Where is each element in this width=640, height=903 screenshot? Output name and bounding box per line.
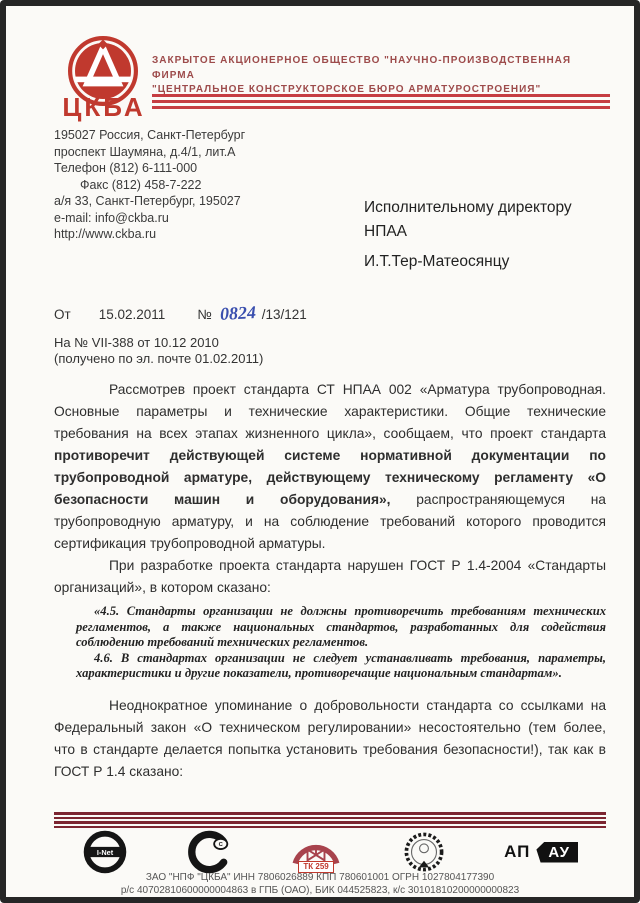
company-name-line1: ЗАКРЫТОЕ АКЦИОНЕРНОЕ ОБЩЕСТВО "НАУЧНО-ПР…: [152, 54, 610, 83]
gost-quote-block: «4.5. Стандарты организации не должны пр…: [76, 604, 606, 682]
letter-body: Рассмотрев проект стандарта СТ НПАА 002 …: [54, 379, 606, 783]
recipient-block: Исполнительному директору НПАА И.Т.Тер-М…: [364, 196, 572, 274]
recipient-person: И.Т.Тер-Матеосянцу: [364, 250, 572, 274]
recipient-org: НПАА: [364, 220, 572, 244]
letter-page: ЦКБА ЗАКРЫТОЕ АКЦИОНЕРНОЕ ОБЩЕСТВО "НАУЧ…: [6, 6, 634, 897]
in-reply-line: На № VII-388 от 10.12 2010: [54, 335, 219, 351]
quote-clause-45: «4.5. Стандарты организации не должны пр…: [76, 604, 606, 651]
round-certification-emblem-icon: [402, 830, 446, 874]
received-note: (получено по эл. почте 01.02.2011): [54, 351, 263, 366]
company-name: ЗАКРЫТОЕ АКЦИОНЕРНОЕ ОБЩЕСТВО "НАУЧНО-ПР…: [152, 54, 610, 98]
paragraph-2: При разработке проекта стандарта нарушен…: [54, 555, 606, 599]
address-line2: проспект Шаумяна, д.4/1, лит.А: [54, 144, 245, 161]
paragraph-1: Рассмотрев проект стандарта СТ НПАА 002 …: [54, 379, 606, 555]
svg-text:I-Net: I-Net: [97, 848, 114, 857]
number-sign: №: [197, 307, 211, 322]
footer-rule-lines: [54, 812, 606, 830]
pobox-line: а/я 33, Санкт-Петербург, 195027: [54, 193, 241, 210]
certification-logos-row: I-Net С ТК 259: [54, 830, 606, 874]
ap-label: АП: [504, 842, 530, 862]
paragraph-1-text: Рассмотрев проект стандарта СТ НПАА 002 …: [54, 382, 606, 441]
i-net-mark-icon: I-Net: [82, 830, 128, 874]
handwritten-number: 0824: [219, 302, 256, 325]
from-date: 15.02.2011: [99, 307, 166, 322]
address-line1: 195027 Россия, Санкт-Петербург: [54, 127, 245, 144]
phone-line: Телефон (812) 6-111-000: [54, 160, 245, 177]
fax-line: Факс (812) 458-7-222: [54, 177, 245, 194]
footer-requisites: ЗАО "НПФ "ЦКБА" ИНН 7806026889 КПП 78060…: [6, 872, 634, 897]
website-line: http://www.ckba.ru: [54, 226, 241, 243]
logo-text: ЦКБА: [56, 92, 152, 123]
footer-bank-line: р/с 40702810600000004863 в ГПБ (ОАО), БИ…: [6, 885, 634, 898]
number-suffix: /13/121: [262, 307, 307, 322]
gost-certification-c-mark-icon: С: [187, 830, 231, 874]
paragraph-3: Неоднократное упоминание о добровольност…: [54, 695, 606, 783]
tk-259-emblem: ТК 259: [289, 831, 343, 873]
tk-259-arch-icon: [289, 831, 343, 865]
pobox-block: а/я 33, Санкт-Петербург, 195027 e-mail: …: [54, 193, 241, 243]
footer-org-line: ЗАО "НПФ "ЦКБА" ИНН 7806026889 КПП 78060…: [6, 872, 634, 885]
scan-border: ЦКБА ЗАКРЫТОЕ АКЦИОНЕРНОЕ ОБЩЕСТВО "НАУЧ…: [0, 0, 640, 903]
recipient-title: Исполнительному директору: [364, 196, 572, 220]
outgoing-reference-row: От 15.02.2011 № 0824 /13/121: [54, 303, 307, 324]
header-rule-lines: [152, 94, 610, 112]
quote-clause-46: 4.6. В стандартах организации не следует…: [76, 651, 606, 682]
from-label: От: [54, 307, 71, 322]
email-line: e-mail: info@ckba.ru: [54, 210, 241, 227]
address-block: 195027 Россия, Санкт-Петербург проспект …: [54, 127, 245, 193]
au-flag-label: АУ: [536, 842, 578, 863]
ap-au-mark: АП АУ: [504, 842, 578, 863]
